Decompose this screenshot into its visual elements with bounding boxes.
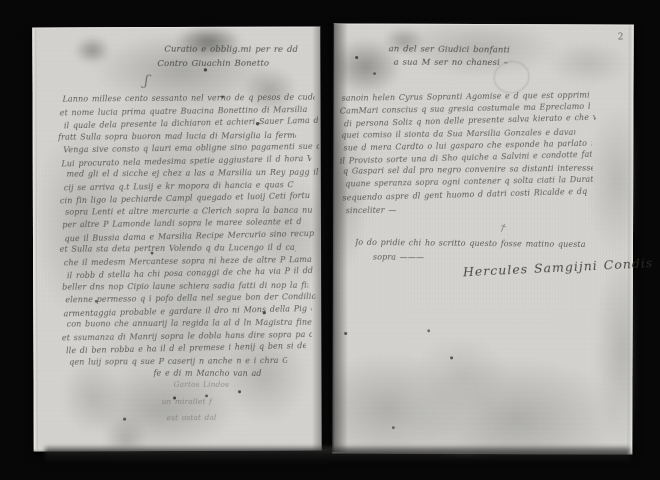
left-faint-lines: Gartos Lindosun mirallet fest ostat dal — [32, 27, 321, 449]
left-page: Curatio e obblig.mi per re ddContro Giua… — [32, 26, 321, 451]
signature-handwriting: Hercules Samgijni Condis — [463, 259, 633, 277]
manuscript-book-scan: Curatio e obblig.mi per re ddContro Giua… — [0, 0, 660, 480]
gutter-crease-shadow — [312, 24, 348, 452]
right-signature: Hercules Samgijni Condis — [332, 24, 633, 452]
book-bottom-shadow — [45, 447, 630, 464]
faint-handwriting-line: est ostat dal — [167, 412, 241, 423]
right-page: 2 an del ser Giudici bonfantia sua M ser… — [332, 23, 633, 454]
faint-handwriting-line: Gartos Lindos — [173, 380, 251, 390]
faint-handwriting-line: un mirallet f — [162, 397, 232, 407]
